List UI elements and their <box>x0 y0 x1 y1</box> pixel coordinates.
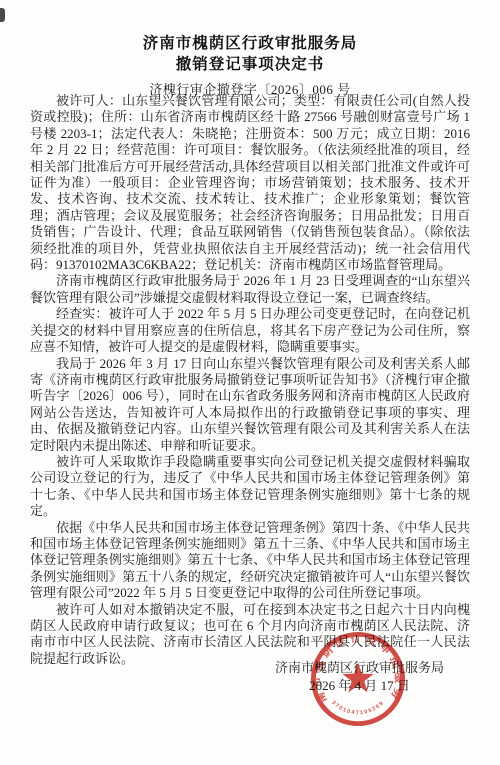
paragraph-hearing-notice: 我局于 2026 年 3 月 17 日向山东望兴餐饮管理有限公司及利害关系人邮寄… <box>30 356 470 454</box>
paragraph-violation: 被许可人采取欺诈手段隐瞒重要事实向公司登记机关提交虚假材料骗取公司设立登记的行为… <box>30 454 470 520</box>
document-header: 济南市槐荫区行政审批服务局 撤销登记事项决定书 济槐行审企撤登字〔2026〕00… <box>0 0 500 98</box>
paragraph-investigation-findings: 经查实：被许可人于 2022 年 5 月 5 日办理公司变更登记时，在向登记机关… <box>30 306 470 355</box>
signature-date: 2026 年 4 月 17 日 <box>275 677 444 695</box>
paragraph-licensee-info: 被许可人：山东望兴餐饮管理有限公司；类型：有限责任公司(自然人投资或控股)；住所… <box>30 93 470 273</box>
document-page: 济南市槐荫区行政审批服务局 撤销登记事项决定书 济槐行审企撤登字〔2026〕00… <box>0 0 500 765</box>
title-line-1: 济南市槐荫区行政审批服务局 <box>0 33 500 54</box>
paragraph-appeal-rights: 被许可人如对本撤销决定不服，可在接到本决定书之日起六十日内向槐荫区人民政府申请行… <box>30 602 470 668</box>
signature-agency: 济南市槐荫区行政审批服务局 <box>275 659 444 677</box>
scan-artifact <box>0 8 5 22</box>
paragraph-case-acceptance: 济南市槐荫区行政审批服务局于 2026 年 1 月 23 日受理调查的“山东望兴… <box>30 273 470 306</box>
signature-block: 济南市槐荫区行政审批服务局 2026 年 4 月 17 日 <box>275 659 444 694</box>
title-line-2: 撤销登记事项决定书 <box>0 54 500 75</box>
paragraph-decision: 依据《中华人民共和国市场主体登记管理条例》第四十条、《中华人民共和国市场主体登记… <box>30 520 470 602</box>
document-body: 被许可人：山东望兴餐饮管理有限公司；类型：有限责任公司(自然人投资或控股)；住所… <box>30 93 470 667</box>
svg-text:3701047105209: 3701047105209 <box>330 700 385 716</box>
seal-code: 3701047105209 <box>330 700 385 716</box>
